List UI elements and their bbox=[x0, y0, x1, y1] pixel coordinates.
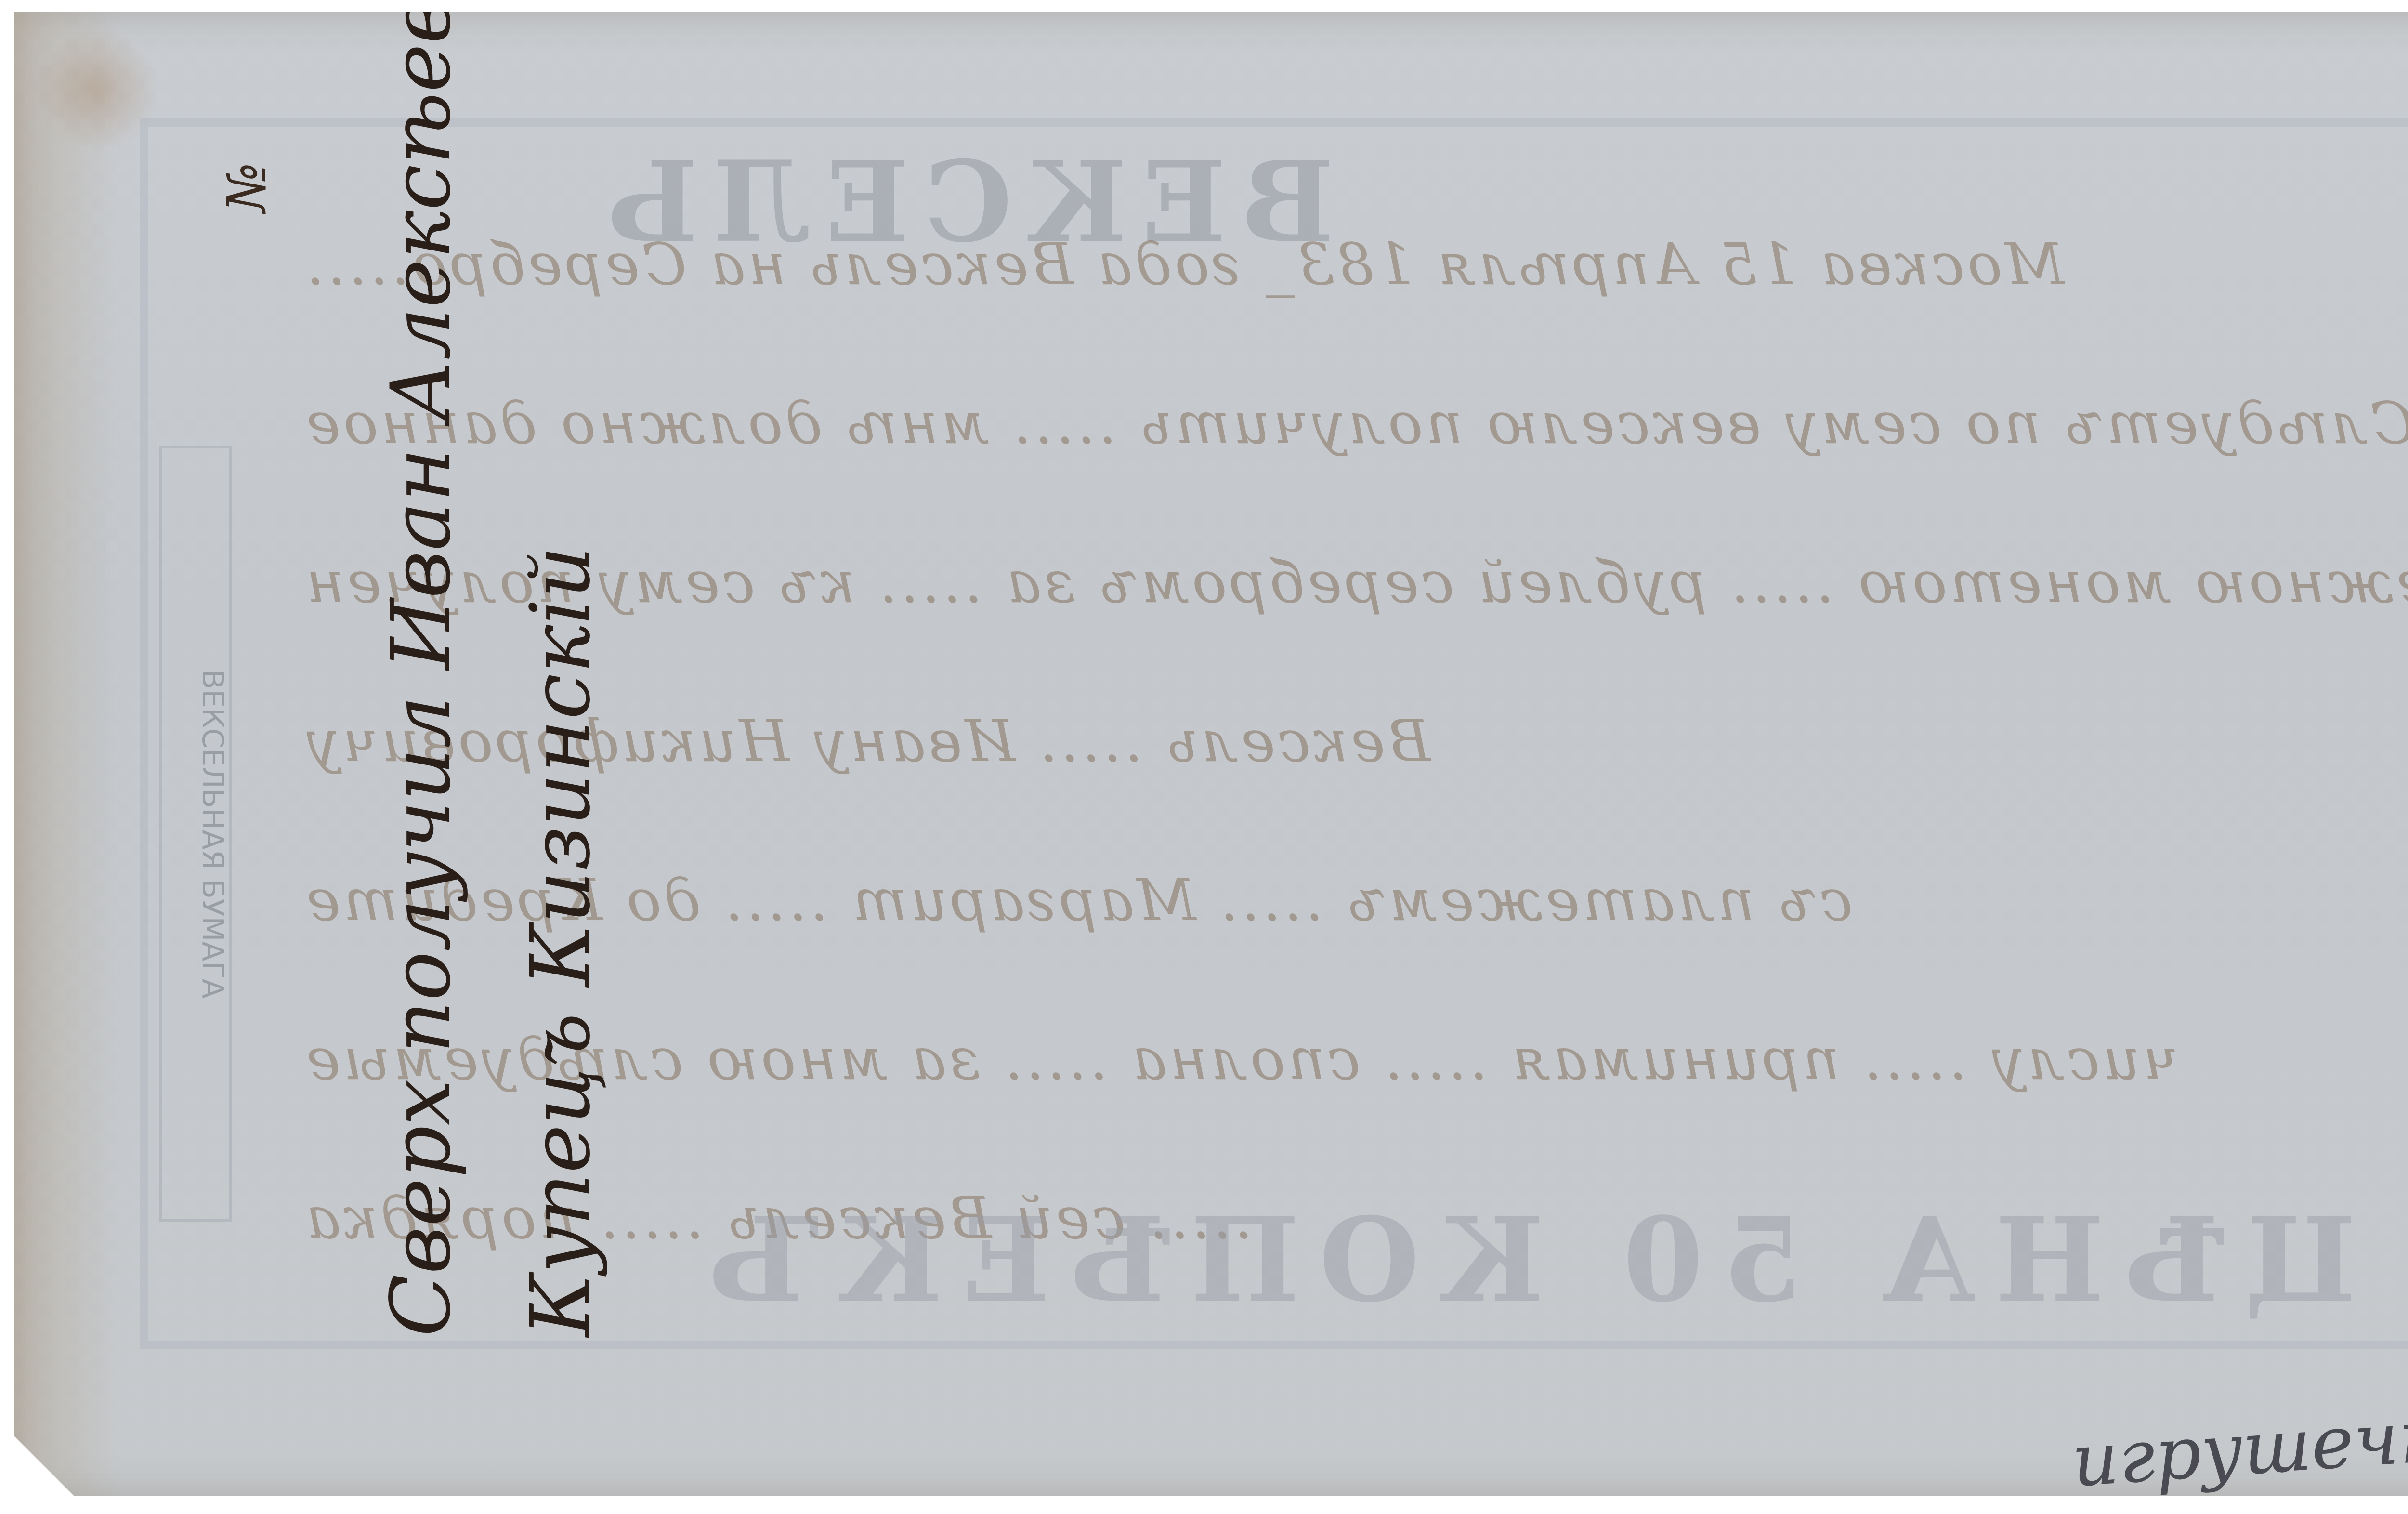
mirrored-price: ЦѢНА 50 КОПѢЕКЪ bbox=[689, 1192, 2356, 1328]
side-band-left: ВЕКСЕЛЬНАЯ БУМАГА bbox=[159, 446, 232, 1222]
edge-stain bbox=[14, 12, 120, 1496]
handwritten-inscription: Сверх получил Иван Алексѣевъ Купецъ Кизи… bbox=[352, 157, 785, 1361]
margin-mark: № bbox=[216, 162, 277, 212]
inscription-line: Сверх получил Иван Алексѣевъ bbox=[352, 157, 491, 1337]
inscription-line: Купецъ Кизинскій bbox=[491, 157, 631, 1337]
document-sheet: ВЕКСЕЛЬНАЯ БУМАГА ВЕКСЕЛЬНАЯ БУМАГА ВЕКС… bbox=[14, 12, 2408, 1496]
